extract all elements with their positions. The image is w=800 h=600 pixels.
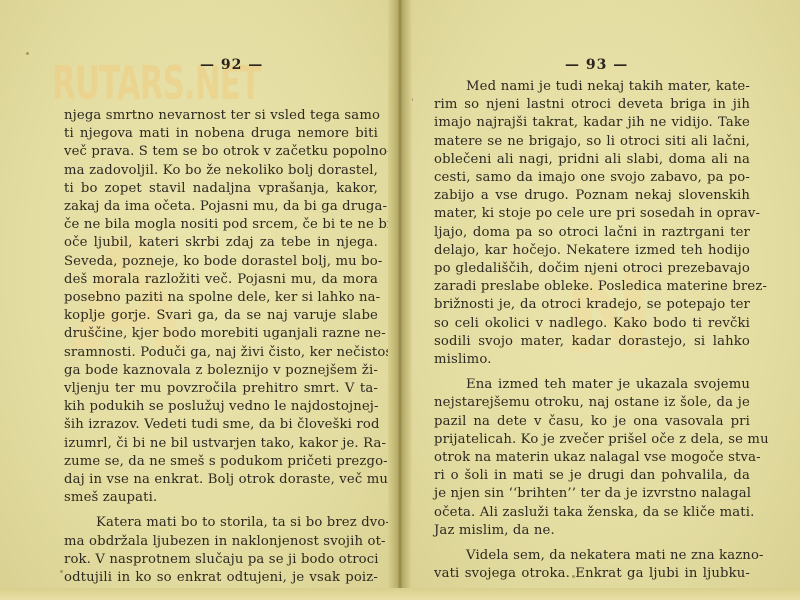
text-line: deš morala razložiti več. Pojasni mu, da…	[64, 271, 378, 289]
paper-speck	[26, 52, 29, 55]
text-line: zakaj da ima očeta. Pojasni mu, da bi ga…	[64, 198, 378, 216]
text-line: ri o šoli in mati se je drugi dan pohval…	[434, 467, 750, 485]
page-number: — 93 —	[565, 57, 628, 73]
text-line: pazil na dete v času, ko je ona vasovala…	[434, 413, 750, 431]
text-line: matere se ne brigajo, so li otroci siti …	[434, 133, 750, 151]
page-number: — 92 —	[200, 57, 263, 73]
text-line: očeta. Ali zasluži taka ženska, da se kl…	[434, 504, 750, 522]
text-line: cesti, samo da imajo one svojo zabavo, p…	[434, 169, 750, 187]
text-line: daj in vse na enkrat. Bolj otrok doraste…	[64, 471, 378, 489]
text-line: otrok na materin ukaz nalagal vse mogoče…	[434, 449, 750, 467]
paragraph-gap	[64, 507, 378, 514]
text-line: druščine, kjer bodo morebiti uganjali ra…	[64, 325, 378, 343]
text-line: Jaz mislim, da ne.	[434, 522, 750, 540]
text-line: izumrl, či bi ne bil ustvarjen tako, kak…	[64, 435, 378, 453]
paper-speck	[60, 570, 63, 573]
text-line: Videla sem, da nekatera mati ne zna kazn…	[434, 547, 750, 565]
text-line: ljajo, doma pa so otroci lačni in raztrg…	[434, 224, 750, 242]
right-page: N — 93 — Med nami je tudi nekaj takih ma…	[402, 0, 800, 590]
text-line: so celi okolici v nadlego. Kako bodo ti …	[434, 315, 750, 333]
text-line: ma zadovoljil. Ko bo že nekoliko bolj do…	[64, 162, 378, 180]
text-line: Seveda, pozneje, ko bode dorastel bolj, …	[64, 253, 378, 271]
text-line: njega smrtno nevarnost ter si vsled tega…	[64, 107, 378, 125]
text-line: Ena izmed teh mater je ukazala svojemu	[434, 376, 750, 394]
paragraph-gap	[434, 540, 750, 547]
text-line: oblečeni ali nagi, pridni ali slabi, dom…	[434, 151, 750, 169]
text-line: zume se, da ne smeš s podukom pričeti pr…	[64, 453, 378, 471]
text-line: Katera mati bo to storila, ta si bo brez…	[64, 514, 378, 532]
text-line: vljenju ter mu povzročila prehitro smrt.…	[64, 380, 378, 398]
text-line: mislimo.	[434, 351, 750, 369]
page-body: Med nami je tudi nekaj takih mater, kate…	[434, 78, 750, 583]
text-line: mater, ki stoje po cele ure pri sosedah …	[434, 205, 750, 223]
text-line: sramnosti. Poduči ga, naj živi čisto, ke…	[64, 344, 378, 362]
book-gutter	[388, 0, 412, 600]
paper-speck	[572, 575, 575, 578]
text-line: delajo, kar hočejo. Nekatere izmed teh h…	[434, 242, 750, 260]
text-line: po gledališčih, dočim njeni otroci preze…	[434, 260, 750, 278]
text-line: če ne bila mogla nositi pod srcem, če bi…	[64, 216, 378, 234]
text-line: ših izrazov. Vedeti tudi sme, da bi člov…	[64, 416, 378, 434]
text-line: ga bode kaznovala z boleznijo v poznejše…	[64, 362, 378, 380]
left-page: RUTARS.NET A — 92 — njega smrtno nevarno…	[0, 0, 398, 590]
book-spread: RUTARS.NET A — 92 — njega smrtno nevarno…	[0, 0, 800, 600]
text-line: rim so njeni lastni otroci deveta briga …	[434, 96, 750, 114]
text-line: oče ljubil, kateri skrbi zdaj za tebe in…	[64, 234, 378, 252]
text-line: Med nami je tudi nekaj takih mater, kate…	[434, 78, 750, 96]
text-line: več prava. S tem se bo otrok v začetku p…	[64, 143, 378, 161]
text-line: posebno paziti na spolne dele, ker si la…	[64, 289, 378, 307]
text-line: prijatelicah. Ko je zvečer prišel oče z …	[434, 431, 750, 449]
text-line: imajo najrajši takrat, kadar jih ne vidi…	[434, 114, 750, 132]
text-line: zaradi preslabe obleke. Posledica materi…	[434, 278, 750, 296]
text-line: brižnosti je, da otroci kradejo, se pote…	[434, 296, 750, 314]
text-line: ti bo zopet stavil nadaljna vprašanja, k…	[64, 180, 378, 198]
text-line: smeš zaupati.	[64, 489, 378, 507]
text-line: koplje gorje. Svari ga, da se naj varuje…	[64, 307, 378, 325]
text-line: kih podukih se poslužuj vedno le najdost…	[64, 398, 378, 416]
text-line: nejstarejšemu otroku, naj ostane iz šole…	[434, 394, 750, 412]
text-line: odtujili in ko so enkrat odtujeni, je vs…	[64, 569, 378, 587]
text-line: rok. V nasprotnem slučaju pa se ji bodo …	[64, 551, 378, 569]
page-body: njega smrtno nevarnost ter si vsled tega…	[64, 107, 378, 600]
text-line: vati svojega otroka. Enkrat ga ljubi in …	[434, 565, 750, 583]
text-line: ti njegova mati in nobena druga nemore b…	[64, 125, 378, 143]
text-line: ma obdržala ljubezen in naklonjenost svo…	[64, 533, 378, 551]
paragraph-gap	[434, 369, 750, 376]
text-line: zabijo a vse drugo. Poznam nekaj slovens…	[434, 187, 750, 205]
page-bottom-edge	[0, 588, 800, 600]
text-line: je njen sin ‘‘brihten’’ ter da je izvrst…	[434, 485, 750, 503]
text-line: sodili svojo mater, kadar dorastejo, si …	[434, 333, 750, 351]
